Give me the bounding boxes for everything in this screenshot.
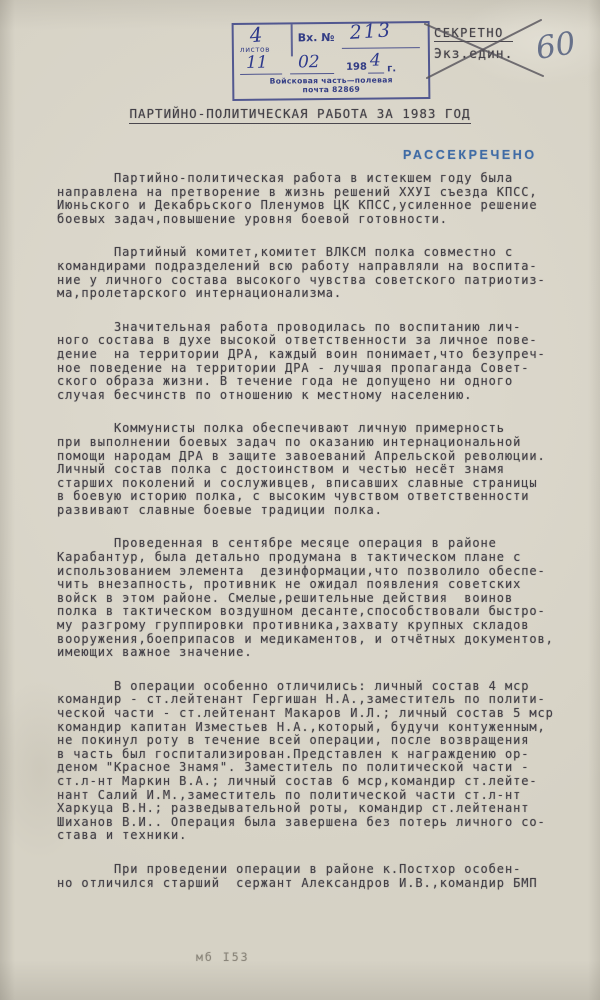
paragraph-2: Партийный комитет,комитет ВЛКСМ полка со… [57, 246, 557, 300]
stamp-date-month: 02 [298, 52, 320, 72]
paragraph-5: Проведенная в сентябре месяце операция в… [57, 537, 557, 659]
declassified-stamp: РАССЕКРЕЧЕНО [403, 148, 537, 162]
stamp-incoming-number: 213 [349, 19, 393, 44]
scanned-document-page: 4 листов Вх. № 213 11 02 198 4 г. Войско… [0, 0, 600, 1000]
stamp-year-suffix: г. [387, 63, 396, 74]
registration-stamp: 4 листов Вх. № 213 11 02 198 4 г. Войско… [232, 21, 431, 101]
document-body: Партийно-политическая работа в истекшем … [57, 172, 557, 910]
stamp-divider [291, 24, 293, 56]
stamp-underline [290, 73, 334, 74]
stamp-year-digit: 4 [370, 50, 381, 70]
paragraph-3: Значительная работа проводилась по воспи… [57, 321, 557, 403]
stamp-military-unit: Войсковая часть—полевая почта 82869 [234, 75, 428, 95]
stamp-sheets-value: 4 [249, 22, 264, 47]
paragraph-7: При проведении операции в районе к.Постх… [57, 863, 557, 890]
stamp-unit-line2: почта 82869 [234, 84, 428, 95]
paragraph-1: Партийно-политическая работа в истекшем … [57, 172, 557, 226]
paragraph-6: В операции особенно отличились: личный с… [57, 680, 557, 843]
stamp-underline [240, 74, 282, 75]
stamp-year-prefix: 198 [346, 62, 367, 73]
stamp-underline [342, 47, 420, 49]
copy-label: Экз.един. [434, 47, 513, 62]
secret-label: СЕКРЕТНО [434, 26, 513, 42]
stamp-incoming-label: Вх. № [298, 31, 335, 44]
stamp-underline [368, 72, 384, 73]
handwritten-page-number: 60 [533, 25, 578, 67]
classification-block: СЕКРЕТНО Экз.един. [434, 26, 513, 62]
paragraph-4: Коммунисты полка обеспечивают личную при… [57, 422, 557, 517]
footer-note: мб I53 [196, 950, 250, 964]
document-title: ПАРТИЙНО-ПОЛИТИЧЕСКАЯ РАБОТА ЗА 1983 ГОД [0, 106, 600, 121]
document-title-text: ПАРТИЙНО-ПОЛИТИЧЕСКАЯ РАБОТА ЗА 1983 ГОД [129, 106, 470, 124]
stamp-date-day: 11 [246, 53, 268, 73]
